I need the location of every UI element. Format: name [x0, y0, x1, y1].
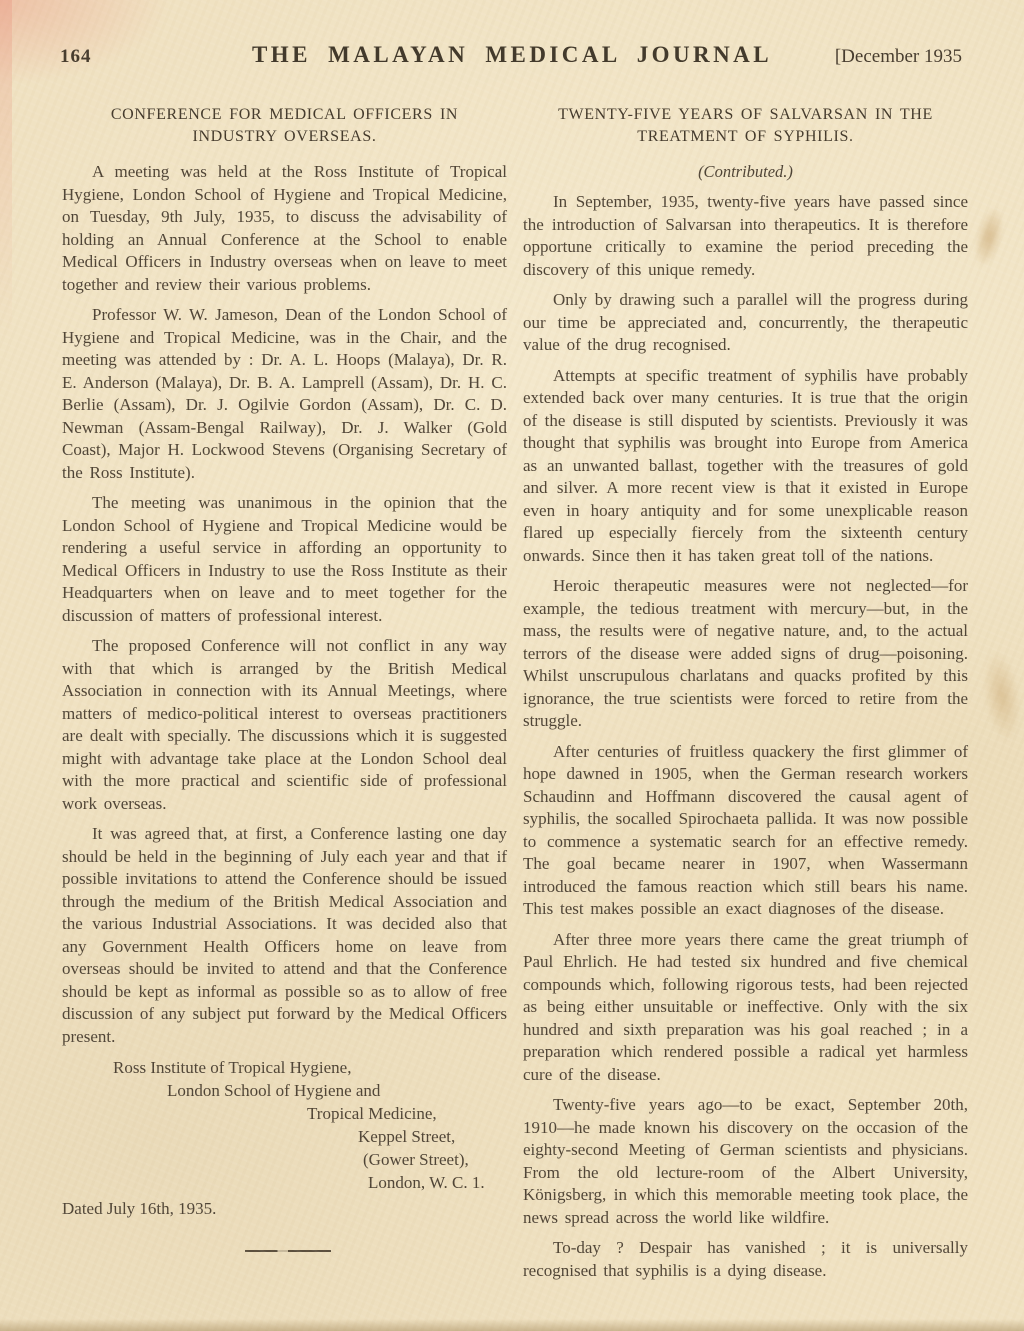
paragraph: Attempts at specific treatment of syphil…	[523, 365, 968, 568]
signature-address-block: Ross Institute of Tropical Hygiene, Lond…	[62, 1056, 507, 1194]
paragraph: Professor W. W. Jameson, Dean of the Lon…	[62, 304, 507, 484]
right-article-salvarsan: TWENTY-FIVE YEARS OF SALVARSAN IN THE TR…	[523, 104, 968, 1290]
paragraph: To-day ? Despair has vanished ; it is un…	[523, 1237, 968, 1282]
paragraph: The proposed Conference will not conflic…	[62, 635, 507, 815]
page-bottom-shadow	[0, 1319, 1024, 1331]
page-header: 164 THE MALAYAN MEDICAL JOURNAL [Decembe…	[0, 0, 1024, 78]
paragraph: It was agreed that, at first, a Conferen…	[62, 823, 507, 1048]
left-article-heading-line2: INDUSTRY OVERSEAS.	[62, 126, 507, 148]
address-line: Ross Institute of Tropical Hygiene,	[113, 1056, 507, 1079]
dated-line: Dated July 16th, 1935.	[62, 1197, 507, 1220]
right-article-heading-line1: TWENTY-FIVE YEARS OF SALVARSAN IN THE	[523, 104, 968, 126]
paragraph: Heroic therapeutic measures were not neg…	[523, 575, 968, 733]
paragraph: After centuries of fruitless quackery th…	[523, 741, 968, 921]
right-article-heading: TWENTY-FIVE YEARS OF SALVARSAN IN THE TR…	[523, 104, 968, 148]
journal-page-scan: 164 THE MALAYAN MEDICAL JOURNAL [Decembe…	[0, 0, 1024, 1331]
left-article-heading: CONFERENCE FOR MEDICAL OFFICERS IN INDUS…	[62, 104, 507, 148]
paragraph: In September, 1935, twenty-five years ha…	[523, 191, 968, 281]
contributed-byline: (Contributed.)	[523, 161, 968, 183]
paragraph: A meeting was held at the Ross Institute…	[62, 161, 507, 296]
journal-title: THE MALAYAN MEDICAL JOURNAL	[0, 42, 1024, 68]
left-article-conference: CONFERENCE FOR MEDICAL OFFICERS IN INDUS…	[62, 104, 507, 1290]
paragraph: After three more years there came the gr…	[523, 929, 968, 1087]
address-line: London, W. C. 1.	[368, 1171, 507, 1194]
paragraph: Only by drawing such a parallel will the…	[523, 289, 968, 357]
address-line: Tropical Medicine,	[307, 1102, 507, 1125]
address-line: (Gower Street),	[363, 1148, 507, 1171]
article-end-rule	[245, 1250, 331, 1252]
address-line: Keppel Street,	[358, 1125, 507, 1148]
paragraph: Twenty-five years ago—to be exact, Septe…	[523, 1094, 968, 1229]
left-article-heading-line1: CONFERENCE FOR MEDICAL OFFICERS IN	[62, 104, 507, 126]
right-article-heading-line2: TREATMENT OF SYPHILIS.	[523, 126, 968, 148]
address-line: London School of Hygiene and	[167, 1079, 507, 1102]
paragraph: The meeting was unanimous in the opinion…	[62, 492, 507, 627]
two-column-layout: CONFERENCE FOR MEDICAL OFFICERS IN INDUS…	[0, 78, 1024, 1290]
